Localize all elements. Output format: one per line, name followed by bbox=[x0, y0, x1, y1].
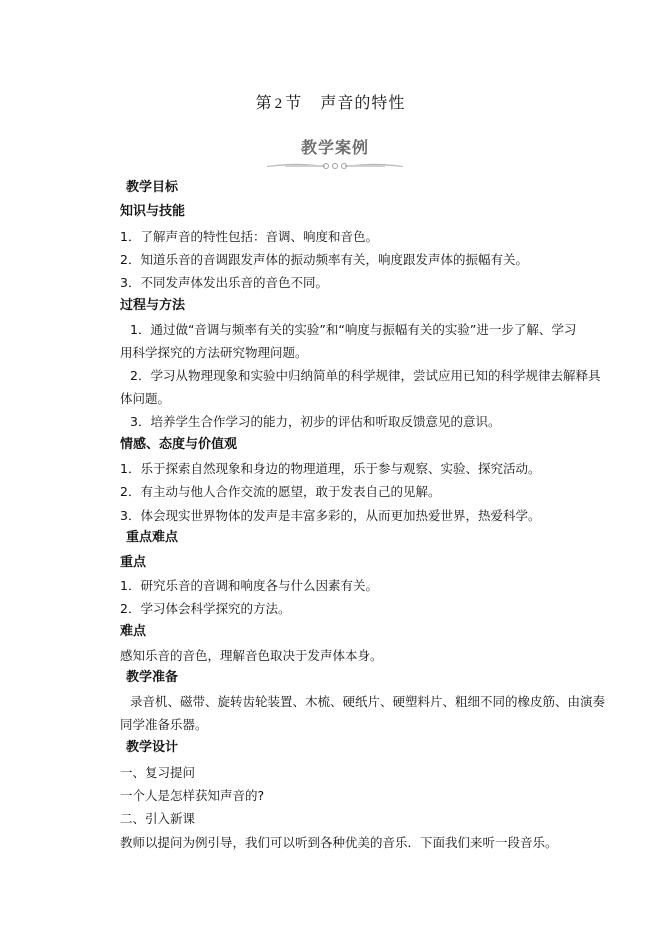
paragraph-line: 教师以提问为例引导，我们可以听到各种优美的音乐．下面我们来听一段音乐。 bbox=[120, 835, 558, 851]
list-item: 2．知道乐音的音调跟发声体的振动频率有关，响度跟发声体的振幅有关。 bbox=[120, 252, 528, 268]
title-number: 2 bbox=[275, 96, 284, 112]
list-item: 3．培养学生合作学习的能力，初步的评估和听取反馈意见的意识。 bbox=[130, 414, 500, 430]
paragraph-line: 二、引入新课 bbox=[120, 811, 195, 827]
heading-key-difficult-points: 重点难点 bbox=[126, 530, 178, 546]
section-title: 第2节 声音的特性 bbox=[0, 90, 661, 113]
heading-teaching-design: 教学设计 bbox=[126, 740, 178, 756]
list-item: 3．体会现实世界物体的发声是丰富多彩的，从而更加热爱世界，热爱科学。 bbox=[120, 508, 540, 524]
heading-knowledge-skills: 知识与技能 bbox=[120, 204, 185, 220]
list-item: 1．了解声音的特性包括：音调、响度和音色。 bbox=[120, 229, 378, 245]
list-item: 2．学习体会科学探究的方法。 bbox=[120, 601, 290, 617]
list-item: 3．不同发声体发出乐音的音色不同。 bbox=[120, 275, 328, 291]
banner-label: 教学案例 bbox=[265, 135, 405, 158]
document-page: 第2节 声音的特性 教学案例 教学目标 知识与技能 1．了解声音的特性包括：音调… bbox=[0, 0, 661, 935]
title-text: 声音的特性 bbox=[320, 93, 405, 112]
list-item-continued: 体问题。 bbox=[120, 391, 170, 407]
list-item: 1．乐于探索自然现象和身边的物理道理，乐于参与观察、实验、探究活动。 bbox=[120, 461, 540, 477]
ornament-divider-icon bbox=[265, 160, 405, 170]
heading-difficulty: 难点 bbox=[120, 624, 146, 640]
heading-process-methods: 过程与方法 bbox=[120, 298, 185, 314]
case-banner: 教学案例 bbox=[265, 135, 405, 170]
heading-teaching-preparation: 教学准备 bbox=[126, 670, 178, 686]
list-item: 感知乐音的音色，理解音色取决于发声体本身。 bbox=[120, 648, 383, 664]
paragraph-line: 一个人是怎样获知声音的? bbox=[120, 788, 264, 804]
paragraph-line: 同学准备乐器。 bbox=[120, 717, 208, 733]
heading-focus: 重点 bbox=[120, 555, 146, 571]
heading-attitude-values: 情感、态度与价值观 bbox=[120, 437, 237, 453]
list-item: 1．研究乐音的音调和响度各与什么因素有关。 bbox=[120, 578, 378, 594]
list-item: 2．有主动与他人合作交流的愿望，敢于发表自己的见解。 bbox=[120, 484, 440, 500]
list-item: 1．通过做“音调与频率有关的实验”和“响度与振幅有关的实验”进一步了解、学习 bbox=[130, 322, 576, 338]
title-suffix: 节 bbox=[285, 93, 302, 112]
list-item-continued: 用科学探究的方法研究物理问题。 bbox=[120, 345, 308, 361]
heading-teaching-goals: 教学目标 bbox=[126, 180, 178, 196]
paragraph-line: 一、复习提问 bbox=[120, 765, 195, 781]
list-item: 2．学习从物理现象和实验中归纳简单的科学规律，尝试应用已知的科学规律去解释具 bbox=[130, 368, 600, 384]
paragraph-line: 录音机、磁带、旋转齿轮装置、木梳、硬纸片、硬塑料片、粗细不同的橡皮筋、由演奏 bbox=[130, 694, 605, 710]
title-prefix: 第 bbox=[256, 93, 273, 112]
